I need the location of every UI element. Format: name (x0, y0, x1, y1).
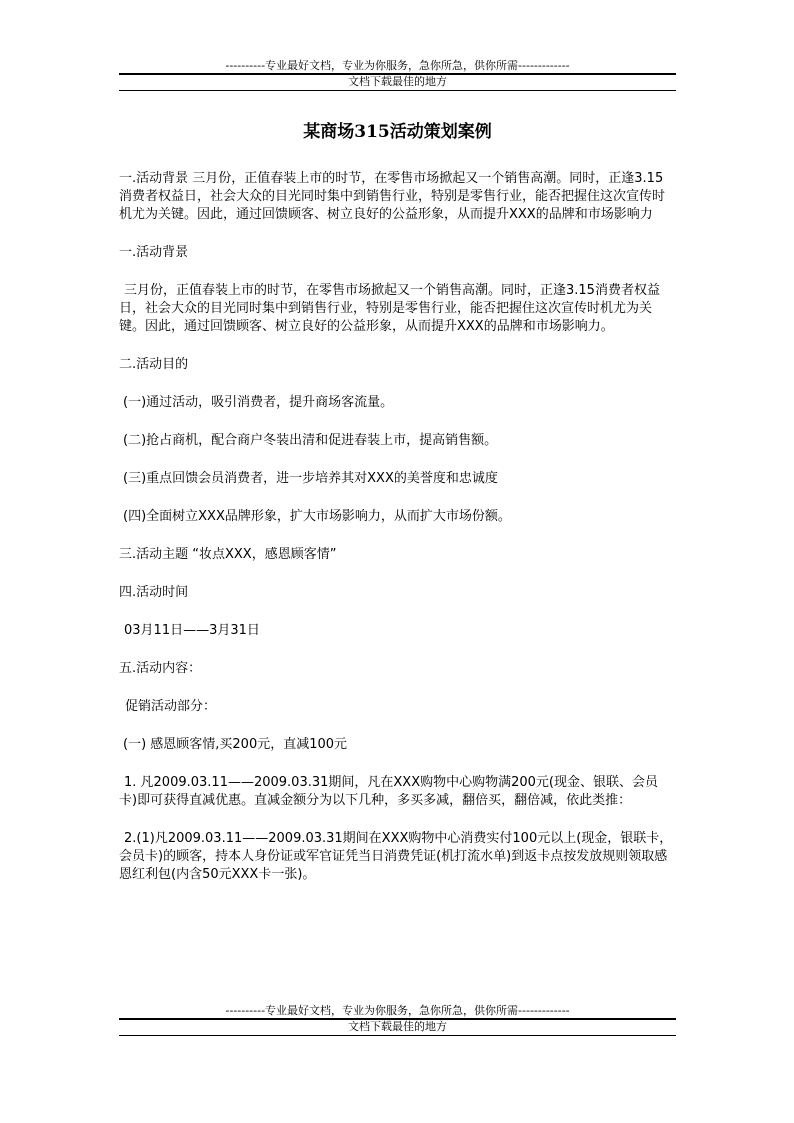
background-paragraph: 三月份，正值春装上市的时节，在零售市场掀起又一个销售高潮。同时，正逢3.15消费… (119, 282, 676, 336)
footer-slogan: ----------专业最好文档，专业为你服务，急你所急，供你所需-------… (119, 1004, 676, 1018)
purpose-item-4: (四)全面树立XXX品牌形象，扩大市场影响力，从而扩大市场份额。 (119, 508, 676, 526)
purpose-item-2: (二)抢占商机，配合商户冬装出清和促进春装上市，提高销售额。 (119, 432, 676, 450)
activity-time: 03月11日——3月31日 (119, 622, 676, 640)
section-heading-theme: 三.活动主题 “妆点XXX，感恩顾客情” (119, 546, 676, 564)
purpose-item-3: (三)重点回馈会员消费者，进一步培养其对XXX的美誉度和忠诚度 (119, 470, 676, 488)
page-header: ----------专业最好文档，专业为你服务，急你所急，供你所需-------… (119, 59, 676, 91)
section-heading-background: 一.活动背景 (119, 244, 676, 262)
header-subtitle: 文档下载最佳的地方 (119, 75, 676, 90)
section-heading-purpose: 二.活动目的 (119, 356, 676, 374)
page-footer: ----------专业最好文档，专业为你服务，急你所急，供你所需-------… (119, 1004, 676, 1036)
section-heading-content: 五.活动内容： (119, 660, 676, 678)
promotion-rule-2: 2.(1)凡2009.03.11——2009.03.31期间在XXX购物中心消费… (119, 830, 676, 884)
header-slogan: ----------专业最好文档，专业为你服务，急你所急，供你所需-------… (119, 59, 676, 73)
intro-paragraph: 一.活动背景 三月份，正值春装上市的时节，在零售市场掀起又一个销售高潮。同时，正… (119, 170, 676, 224)
footer-subtitle: 文档下载最佳的地方 (119, 1020, 676, 1035)
section-heading-time: 四.活动时间 (119, 584, 676, 602)
header-rule-thin (119, 90, 676, 91)
footer-rule-thin (119, 1035, 676, 1036)
promotion-rule-1: 1. 凡2009.03.11——2009.03.31期间，凡在XXX购物中心购物… (119, 774, 676, 810)
promotion-subheading: 促销活动部分： (119, 698, 676, 716)
purpose-item-1: (一)通过活动，吸引消费者，提升商场客流量。 (119, 394, 676, 412)
document-body: 一.活动背景 三月份，正值春装上市的时节，在零售市场掀起又一个销售高潮。同时，正… (119, 170, 676, 884)
document-title: 某商场315活动策划案例 (119, 120, 676, 144)
promotion-item-1: (一) 感恩顾客情,买200元，直减100元 (119, 736, 676, 754)
